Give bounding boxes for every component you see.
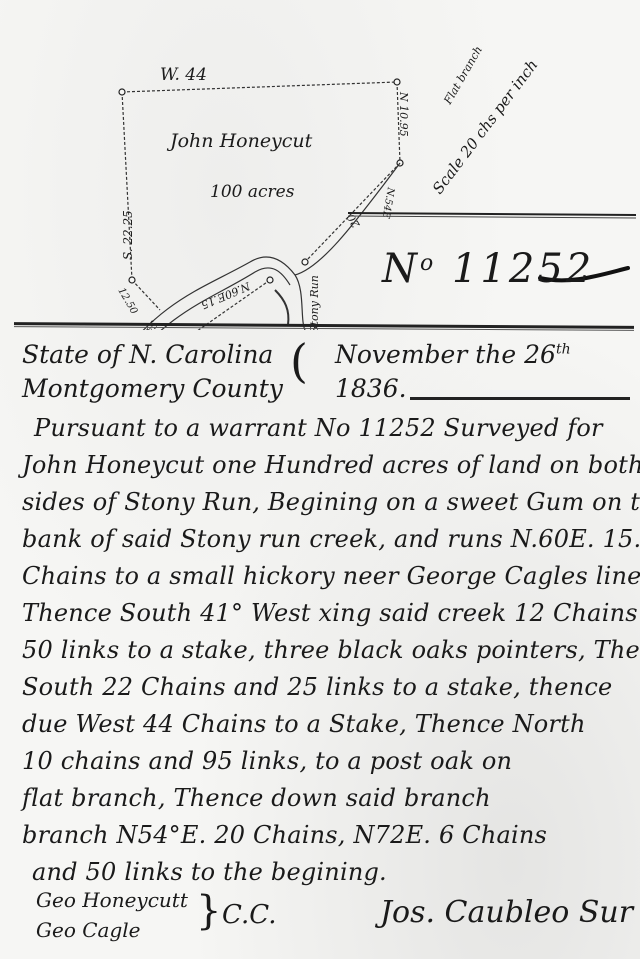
- surveyor-signature: Jos. Caubleo Sur: [380, 895, 633, 930]
- body-line: sides of Stony Run, Begining on a sweet …: [22, 484, 640, 521]
- stony-run-label: Stony Run: [308, 275, 321, 330]
- branch-call-1: N.54E: [379, 185, 396, 219]
- bottom-call: N.60E.15: [199, 279, 253, 312]
- header-brace: (: [290, 334, 308, 388]
- header-date-sup: th: [556, 342, 571, 358]
- warrant-value: 11252: [452, 246, 594, 292]
- body-line: Thence South 41° West xing said creek 12…: [22, 595, 640, 632]
- warrant-prefix: N: [382, 246, 420, 292]
- acreage-label: 100 acres: [210, 182, 295, 202]
- signature-brace: }: [196, 888, 221, 934]
- body-line: flat branch, Thence down said branch: [22, 780, 640, 817]
- chain-carrier-label: C.C.: [222, 900, 276, 930]
- warrant-prefix-sup: o: [420, 251, 436, 276]
- body-line: Pursuant to a warrant No 11252 Surveyed …: [22, 410, 640, 447]
- body-line: Chains to a small hickory neer George Ca…: [22, 558, 640, 595]
- north-call: W. 44: [160, 65, 207, 85]
- body-line: South 22 Chains and 25 links to a stake,…: [22, 669, 640, 706]
- survey-body: Pursuant to a warrant No 11252 Surveyed …: [22, 410, 640, 891]
- flat-branch-label: Flat branch: [441, 44, 485, 108]
- north-east-call: N 10.95: [397, 91, 410, 137]
- body-line: branch N54°E. 20 Chains, N72E. 6 Chains: [22, 817, 640, 854]
- body-line: 50 links to a stake, three black oaks po…: [22, 632, 640, 669]
- survey-document: W. 44 John Honeycut 100 acres S. 22.25 1…: [0, 0, 640, 959]
- header-date-text: November the 26: [335, 340, 556, 369]
- owner-label: John Honeycut: [166, 130, 313, 152]
- chain-carrier-1: Geo Honeycutt: [36, 888, 188, 912]
- header-year: 1836.: [335, 374, 407, 403]
- body-line: due West 44 Chains to a Stake, Thence No…: [22, 706, 640, 743]
- header-county: Montgomery County: [22, 374, 283, 403]
- warrant-number: No 11252: [382, 246, 594, 292]
- header-underline: [410, 397, 630, 400]
- sw-call: 12.50: [115, 286, 139, 317]
- body-line: bank of said Stony run creek, and runs N…: [22, 521, 640, 558]
- west-call: S. 22.25: [121, 210, 135, 260]
- body-line: John Honeycut one Hundred acres of land …: [22, 447, 640, 484]
- chain-carrier-2: Geo Cagle: [36, 918, 140, 942]
- body-line: 10 chains and 95 links, to a post oak on: [22, 743, 640, 780]
- body-line: and 50 links to the begining.: [22, 854, 640, 891]
- header-date: November the 26th: [335, 340, 571, 369]
- scale-label: Scale 20 chs per inch: [429, 56, 542, 197]
- header-state: State of N. Carolina: [22, 340, 273, 369]
